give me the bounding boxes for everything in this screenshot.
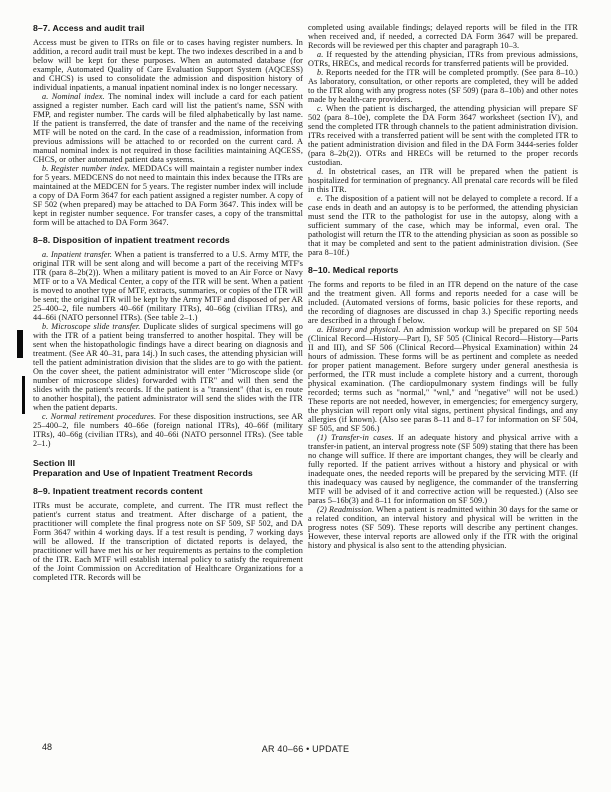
paragraph-lead: a. Nominal index. bbox=[42, 92, 105, 101]
paragraph: Access must be given to ITRs on file or … bbox=[33, 38, 303, 92]
paragraph-text: Reports needed for the ITR will be compl… bbox=[308, 68, 578, 104]
paragraph: b. Reports needed for the ITR will be co… bbox=[308, 68, 578, 104]
margin-change-bar-thin bbox=[22, 376, 25, 414]
paragraph: The forms and reports to be filed in an … bbox=[308, 280, 578, 325]
paragraph-text: Duplicate slides of surgical specimens w… bbox=[33, 322, 303, 412]
paragraph: a. Nominal index. The nominal index will… bbox=[33, 92, 303, 164]
paragraph: c. Normal retirement procedures. For the… bbox=[33, 412, 303, 448]
paragraph-text: If requested by the attending physician,… bbox=[308, 50, 578, 68]
document-page: 8–7. Access and audit trail Access must … bbox=[0, 0, 611, 792]
heading-8-9: 8–9. Inpatient treatment records content bbox=[33, 486, 303, 496]
paragraph-lead: b. Register number index. bbox=[42, 164, 130, 173]
paragraph: (2) Readmission. When a patient is readm… bbox=[308, 505, 578, 550]
margin-change-bar-thick bbox=[17, 330, 23, 358]
paragraph-lead: a. Inpatient transfer. bbox=[42, 250, 112, 259]
paragraph-text: When a patient is transferred to a U.S. … bbox=[33, 250, 303, 322]
paragraph-lead: a. History and physical. bbox=[317, 325, 401, 334]
section-heading-line2: Preparation and Use of Inpatient Treatme… bbox=[33, 468, 303, 478]
paragraph-lead: (2) Readmission. bbox=[317, 505, 374, 514]
footer-doc-id: AR 40–66 • UPDATE bbox=[0, 744, 611, 754]
paragraph: d. In obstetrical cases, an ITR will be … bbox=[308, 167, 578, 194]
paragraph: c. When the patient is discharged, the a… bbox=[308, 104, 578, 167]
paragraph: completed using available findings; dela… bbox=[308, 23, 578, 50]
paragraph-text: If an adequate history and physical arri… bbox=[308, 433, 578, 505]
paragraph-text: MEDDACs will maintain a register number … bbox=[33, 164, 303, 227]
paragraph-text: The disposition of a patient will not be… bbox=[308, 194, 578, 257]
heading-8-10: 8–10. Medical reports bbox=[308, 265, 578, 275]
paragraph: a. History and physical. An admission wo… bbox=[308, 325, 578, 433]
paragraph-text: The nominal index will include a card fo… bbox=[33, 92, 303, 164]
paragraph: (1) Transfer-in cases. If an adequate hi… bbox=[308, 433, 578, 505]
paragraph: a. Inpatient transfer. When a patient is… bbox=[33, 250, 303, 322]
heading-8-8: 8–8. Disposition of inpatient treatment … bbox=[33, 235, 303, 245]
paragraph-text: When the patient is discharged, the atte… bbox=[308, 104, 578, 167]
right-column: completed using available findings; dela… bbox=[308, 23, 578, 550]
paragraph: b. Microscope slide transfer. Duplicate … bbox=[33, 322, 303, 412]
paragraph-lead: c. Normal retirement procedures. bbox=[42, 412, 156, 421]
left-column: 8–7. Access and audit trail Access must … bbox=[33, 23, 303, 582]
paragraph: a. If requested by the attending physici… bbox=[308, 50, 578, 68]
paragraph: b. Register number index. MEDDACs will m… bbox=[33, 164, 303, 227]
paragraph: e. The disposition of a patient will not… bbox=[308, 194, 578, 257]
paragraph-lead: b. Microscope slide transfer. bbox=[42, 322, 140, 331]
section-heading: Section III Preparation and Use of Inpat… bbox=[33, 458, 303, 478]
heading-8-7: 8–7. Access and audit trail bbox=[33, 23, 303, 33]
section-heading-line1: Section III bbox=[33, 458, 303, 468]
paragraph-text: In obstetrical cases, an ITR will be pre… bbox=[308, 167, 578, 194]
paragraph-lead: (1) Transfer-in cases. bbox=[317, 433, 394, 442]
paragraph-text: An admission workup will be prepared on … bbox=[308, 325, 578, 433]
paragraph: ITRs must be accurate, complete, and cur… bbox=[33, 501, 303, 582]
